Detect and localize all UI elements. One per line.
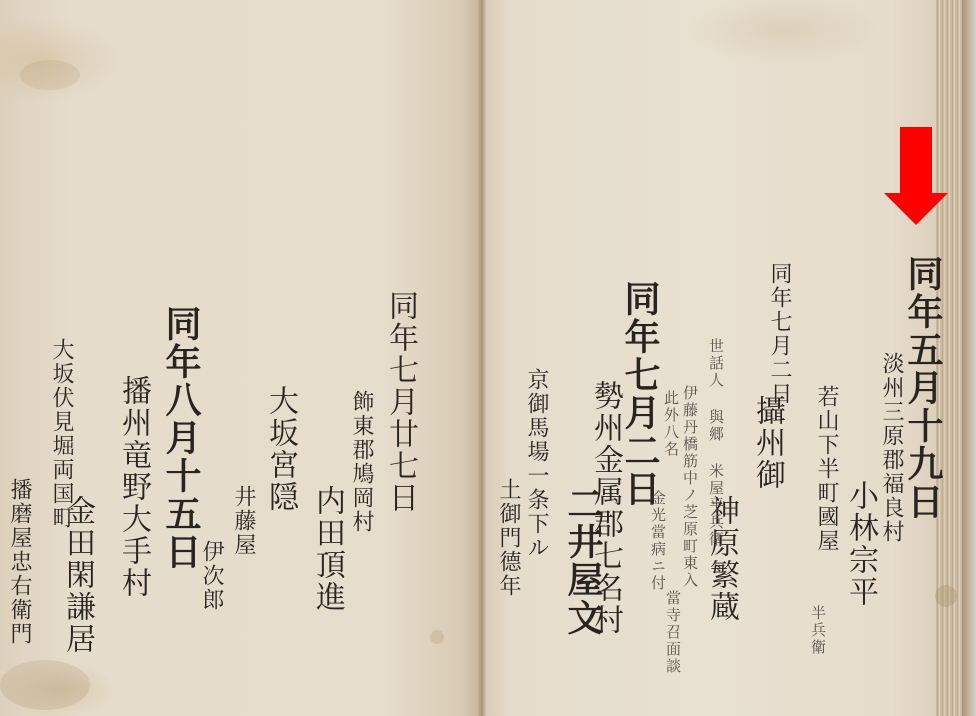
entry-small-note: 此外八名	[663, 390, 678, 458]
book-edge-shadow	[962, 0, 976, 716]
entry-place: 大坂宮隠	[265, 385, 295, 513]
stain	[0, 660, 90, 710]
entry-small-note: 當寺召面談	[665, 590, 680, 675]
red-down-arrow-icon	[884, 127, 948, 225]
entry-name: 二井屋文	[565, 485, 601, 637]
entry-date: 同年七月廿七日	[385, 290, 415, 514]
entry-date: 同年八月十五日	[163, 305, 199, 571]
entry-note: 若山下半町國屋	[815, 385, 837, 553]
entry-name: 土御門德年	[497, 478, 519, 598]
entry-place: 飾東郡鳩岡村	[350, 390, 372, 534]
entry-subplace: 井藤屋	[232, 485, 254, 557]
entry-small-note: 伊藤丹橋筋中ノ芝原町東入	[682, 385, 697, 589]
entry-place: 京御馬場一条下ル	[525, 368, 547, 560]
entry-place: 攝州御	[752, 395, 782, 491]
entry-place: 播州竜野大手村	[118, 375, 148, 599]
entry-note: 半兵衛	[810, 605, 825, 656]
entry-date: 同年七月二日	[622, 280, 658, 508]
entry-sub-name: 播磨屋忠右衛門	[8, 478, 30, 646]
entry-name: 金田閑謙居	[62, 495, 92, 655]
entry-name: 伊次郎	[200, 540, 222, 612]
stain	[20, 60, 80, 90]
stain	[430, 630, 444, 644]
open-manuscript: 同年五月十九日 淡州三原郡福良村 若山下半町國屋 半兵衛 小林宗平 同年七月二日…	[0, 0, 976, 716]
entry-place: 淡州三原郡福良村	[880, 352, 902, 544]
stain	[935, 585, 957, 607]
book-gutter	[478, 0, 486, 716]
entry-date: 同年五月十九日	[905, 255, 941, 521]
entry-name: 小林宗平	[845, 480, 875, 608]
entry-date: 同年七月二日	[768, 262, 790, 406]
entry-small-note: 世話人 與郷 米屋平兵衛	[708, 338, 723, 548]
entry-small-note: 金光當病ニ付	[650, 490, 665, 592]
entry-name: 内田頂進	[312, 485, 342, 613]
